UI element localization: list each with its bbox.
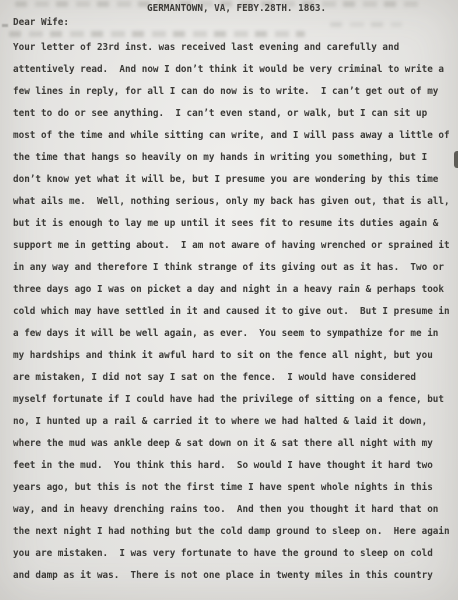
letter-line: don’t know yet what it will be, but I pr… — [13, 169, 455, 191]
letter-line: in any way and therefore I think strange… — [13, 257, 455, 279]
bleed-through-text-artifact — [330, 22, 402, 27]
letter-salutation: Dear Wife: — [13, 17, 69, 29]
letter-line: Your letter of 23rd inst. was received l… — [13, 37, 455, 59]
letter-line: most of the time and while sitting can w… — [13, 125, 455, 147]
letter-line: but it is enough to lay me up until it s… — [13, 213, 455, 235]
letter-line: no, I hunted up a rail & carried it to w… — [13, 411, 455, 433]
letter-line: years ago, but this is not the first tim… — [13, 477, 455, 499]
letter-line: tent to do or see anything. I can’t even… — [13, 103, 455, 125]
letter-line: support me in getting about. I am not aw… — [13, 235, 455, 257]
letter-line: where the mud was ankle deep & sat down … — [13, 433, 455, 455]
letter-page: GERMANTOWN, VA, FEBY.28TH. 1863. Dear Wi… — [0, 0, 458, 600]
letter-line: a few days it will be well again, as eve… — [13, 323, 455, 345]
letter-body: Your letter of 23rd inst. was received l… — [13, 37, 455, 587]
letter-line: the next night I had nothing but the col… — [13, 521, 455, 543]
scan-margin-mark-artifact — [2, 24, 8, 27]
letter-line: few lines in reply, for all I can do now… — [13, 81, 455, 103]
letter-dateline: GERMANTOWN, VA, FEBY.28TH. 1863. — [147, 3, 326, 15]
letter-line: and damp as it was. There is not one pla… — [13, 565, 455, 587]
letter-line: cold which may have settled in it and ca… — [13, 301, 455, 323]
letter-line: three days ago I was on picket a day and… — [13, 279, 455, 301]
letter-line: what ails me. Well, nothing serious, onl… — [13, 191, 455, 213]
letter-line: the time that hangs so heavily on my han… — [13, 147, 455, 169]
letter-line: way, and in heavy drenching rains too. A… — [13, 499, 455, 521]
letter-line: you are mistaken. I was very fortunate t… — [13, 543, 455, 565]
letter-line: my hardships and think it awful hard to … — [13, 345, 455, 367]
letter-line: feet in the mud. You think this hard. So… — [13, 455, 455, 477]
letter-line: are mistaken, I did not say I sat on the… — [13, 367, 455, 389]
letter-line: myself fortunate if I could have had the… — [13, 389, 455, 411]
letter-line: attentively read. And now I don’t think … — [13, 59, 455, 81]
